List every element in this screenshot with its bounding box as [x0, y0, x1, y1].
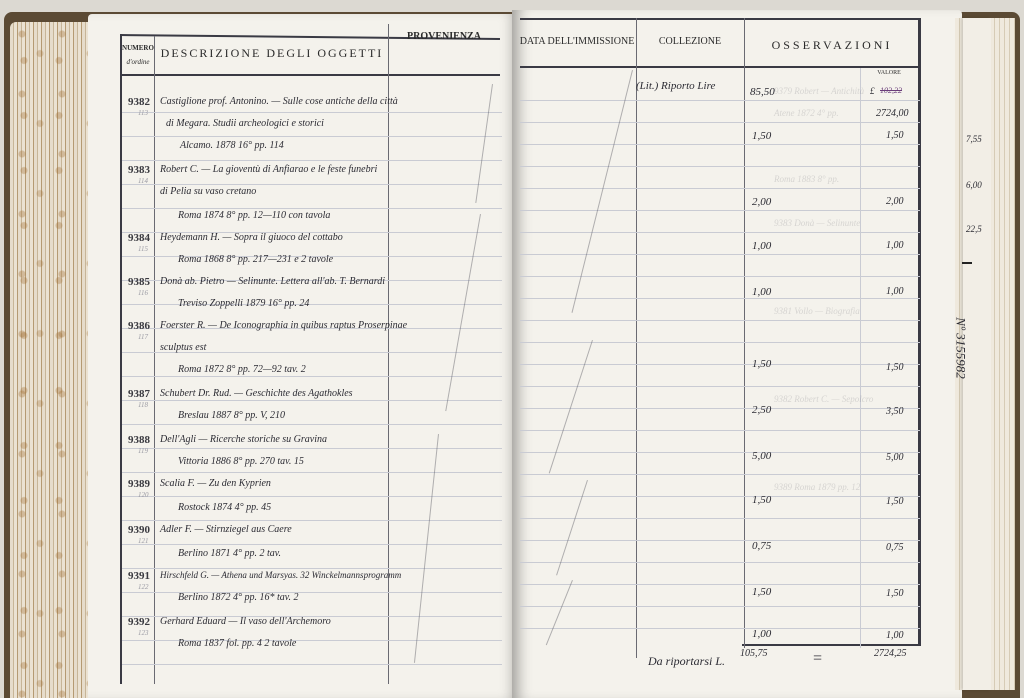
- entry-line: Berlino 1872 4° pp. 16* tav. 2: [178, 592, 298, 603]
- entry-line: Scalia F. — Zu den Kyprien: [160, 478, 271, 489]
- carry-forward-label: Da riportarsi L.: [648, 654, 725, 669]
- entry-line: Hirschfeld G. — Athena und Marsyas. 32 W…: [160, 570, 401, 580]
- pencil-mark: [475, 84, 493, 203]
- col-divider-osservazioni: [744, 18, 745, 648]
- valore-running-total: 2724,00: [876, 108, 909, 119]
- entry-line: di Megara. Studii archeologici e storici: [166, 118, 324, 129]
- amount: 1,00: [752, 240, 771, 252]
- valore: 1,50: [886, 130, 904, 141]
- header-valore: VALORE: [864, 70, 914, 76]
- amount: 0,75: [752, 540, 771, 552]
- entry-line: Gerhard Eduard — Il vaso dell'Archemoro: [160, 616, 331, 627]
- valore: 1,00: [886, 240, 904, 251]
- valore: 1,00: [886, 630, 904, 641]
- col-divider-valore: [860, 68, 861, 648]
- header-osservazioni: OSSERVAZIONI: [744, 38, 920, 53]
- entry-line: Alcamo. 1878 16° pp. 114: [180, 140, 284, 151]
- entry-number: 9388: [128, 434, 150, 446]
- header-collezione: COLLEZIONE: [636, 36, 744, 47]
- entry-subnumber: 122: [138, 583, 149, 591]
- pencil-mark: [414, 434, 439, 663]
- total-rule: [742, 644, 920, 646]
- entry-line: Roma 1837 fol. pp. 4 2 tavole: [178, 638, 296, 649]
- entry-line: Adler F. — Stirnziegel aus Caere: [160, 524, 292, 535]
- entry-number: 9387: [128, 388, 150, 400]
- entry-subnumber: 121: [138, 537, 149, 545]
- header-top-rule: [520, 18, 920, 20]
- header-data: DATA DELL'IMMISSIONE: [518, 36, 636, 47]
- margin-tick: [962, 262, 972, 264]
- entry-line: Rostock 1874 4° pp. 45: [178, 502, 271, 513]
- entry-subnumber: 117: [138, 333, 148, 341]
- total-amount: 105,75: [740, 648, 768, 659]
- entry-line: sculptus est: [160, 342, 206, 353]
- valore: 1,00: [886, 286, 904, 297]
- frame-right: [918, 18, 921, 646]
- entry-line: di Pelia su vaso cretano: [160, 186, 256, 197]
- entry-number: 9383: [128, 164, 150, 176]
- entry-subnumber: 119: [138, 447, 148, 455]
- entry-number: 9382: [128, 96, 150, 108]
- entry-line: Castiglione prof. Antonino. — Sulle cose…: [160, 96, 398, 107]
- valore: 1,50: [886, 588, 904, 599]
- entry-line: Heydemann H. — Sopra il giuoco del cotta…: [160, 232, 343, 243]
- entry-subnumber: 116: [138, 289, 148, 297]
- entry-line: Foerster R. — De Iconographia in quibus …: [160, 320, 407, 331]
- total-valore: 2724,25: [874, 648, 907, 659]
- valore: 5,00: [886, 452, 904, 463]
- carry-over-amount: 85,50: [750, 86, 775, 98]
- header-descrizione: DESCRIZIONE DEGLI OGGETTI: [158, 46, 386, 61]
- vertical-inventory-number: Nº 3155982: [953, 317, 969, 378]
- carry-over-label: (Lit.) Riporto Lire: [636, 80, 715, 92]
- entry-line: Roma 1874 8° pp. 12—110 con tavola: [178, 210, 330, 221]
- entry-line: Vittoria 1886 8° pp. 270 tav. 15: [178, 456, 304, 467]
- frame-left: [120, 34, 122, 684]
- entry-line: Schubert Dr. Rud. — Geschichte des Agath…: [160, 388, 353, 399]
- pencil-mark: [546, 580, 573, 645]
- amount: 1,50: [752, 130, 771, 142]
- amount: 5,00: [752, 450, 771, 462]
- valore: 3,50: [886, 406, 904, 417]
- pencil-mark: [445, 214, 481, 411]
- entry-number: 9386: [128, 320, 150, 332]
- entry-number: 9384: [128, 232, 150, 244]
- entry-line: Roma 1868 8° pp. 217—231 e 2 tavole: [178, 254, 333, 265]
- entry-subnumber: 113: [138, 109, 148, 117]
- pencil-mark: [549, 340, 593, 473]
- entry-line: Donà ab. Pietro — Selinunte. Lettera all…: [160, 276, 385, 287]
- entry-subnumber: 123: [138, 629, 149, 637]
- valore: 1,50: [886, 496, 904, 507]
- col-divider-numero: [154, 36, 155, 684]
- entry-subnumber: 120: [138, 491, 149, 499]
- valore-struck: 102,22: [880, 86, 902, 95]
- amount: 2,50: [752, 404, 771, 416]
- amount: 1,50: [752, 494, 771, 506]
- amount: 1,50: [752, 358, 771, 370]
- entry-line: Roma 1872 8° pp. 72—92 tav. 2: [178, 364, 306, 375]
- entry-subnumber: 114: [138, 177, 148, 185]
- margin-value: 6,00: [966, 180, 982, 190]
- entry-subnumber: 118: [138, 401, 148, 409]
- margin-value: 22,5: [966, 224, 982, 234]
- right-page: DATA DELL'IMMISSIONE COLLEZIONE OSSERVAZ…: [512, 10, 962, 698]
- amount: 2,00: [752, 196, 771, 208]
- header-ordine: d'ordine: [122, 58, 154, 66]
- valore: 2,00: [886, 196, 904, 207]
- amount: 1,50: [752, 586, 771, 598]
- amount: 1,00: [752, 628, 771, 640]
- valore: 1,50: [886, 362, 904, 373]
- entry-line: Berlino 1871 4° pp. 2 tav.: [178, 548, 281, 559]
- amount: 1,00: [752, 286, 771, 298]
- entry-line: Treviso Zoppelli 1879 16° pp. 24: [178, 298, 309, 309]
- left-page: NUMERO d'ordine DESCRIZIONE DEGLI OGGETT…: [88, 14, 518, 698]
- valore-pound-marker: £: [870, 86, 875, 96]
- header-provenienza: PROVENIENZA: [388, 31, 500, 42]
- entry-number: 9392: [128, 616, 150, 628]
- entry-number: 9389: [128, 478, 150, 490]
- valore: 0,75: [886, 542, 904, 553]
- col-divider-provenienza: [388, 24, 389, 684]
- header-numero: NUMERO: [122, 44, 154, 52]
- header-bottom-rule: [120, 74, 500, 76]
- entry-number: 9390: [128, 524, 150, 536]
- entry-number: 9385: [128, 276, 150, 288]
- entry-line: Dell'Agli — Ricerche storiche su Gravina: [160, 434, 327, 445]
- entry-subnumber: 115: [138, 245, 148, 253]
- entry-number: 9391: [128, 570, 150, 582]
- equals-mark: =: [812, 650, 823, 668]
- margin-value: 7,55: [966, 134, 982, 144]
- entry-line: Robert C. — La gioventù di Anfiarao e le…: [160, 164, 377, 175]
- entry-line: Breslau 1887 8° pp. V, 210: [178, 410, 285, 421]
